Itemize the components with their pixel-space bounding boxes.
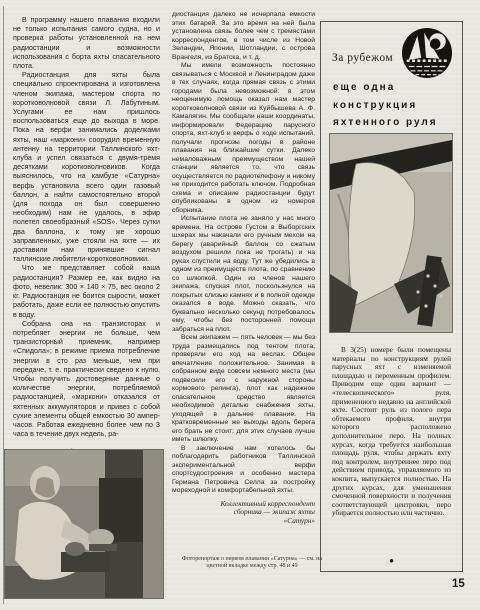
body-paragraph: Что же представляет собой наша радиостан… (13, 264, 160, 319)
magazine-page: В программу нашего плавания входили не т… (0, 0, 480, 610)
sidebar-rubric-label: За рубежом (332, 52, 393, 64)
body-paragraph: Мы имели возможность постоянно связывать… (172, 62, 315, 215)
end-of-article-bullet: ● (321, 556, 462, 565)
left-edge-rule (3, 6, 4, 604)
body-paragraph: В заключение нам хотелось бы поблагодари… (172, 445, 315, 496)
body-paragraph: В программу нашего плавания входили не т… (13, 16, 160, 71)
body-paragraph: Радиостанция для яхты была специально сп… (13, 71, 160, 264)
left-text-column: В программу нашего плавания входили не т… (13, 16, 160, 457)
body-paragraph: Испытание плота не заняло у нас много вр… (172, 215, 315, 334)
galley-photo (5, 450, 163, 598)
sidebar-article-title: еще одна конструкция яхтенного руля (333, 79, 460, 132)
page-number: 15 (452, 578, 465, 590)
article-signature: Коллективный корреспондент сборника — эк… (172, 500, 315, 526)
za-rubezhom-sidebar: За рубежом еще одна конструкция яхтенног… (320, 21, 463, 572)
sailboat-emblem-icon (401, 27, 453, 79)
body-paragraph: диостанция далеко не исчерпала емкости э… (172, 11, 315, 62)
body-paragraph: Всем экипажем — пять человек — мы без тр… (172, 334, 315, 445)
photo-report-footnote: Фоторепортаж о первом плавании «Сатурна»… (172, 556, 332, 571)
middle-text-column: диостанция далеко не исчерпала емкости э… (172, 11, 315, 526)
sidebar-article-text: В 3(25) номере были помещены материалы п… (332, 346, 451, 518)
rudder-photo (330, 134, 452, 332)
body-paragraph: Собрана она на транзисторах и потребляет… (13, 320, 160, 440)
